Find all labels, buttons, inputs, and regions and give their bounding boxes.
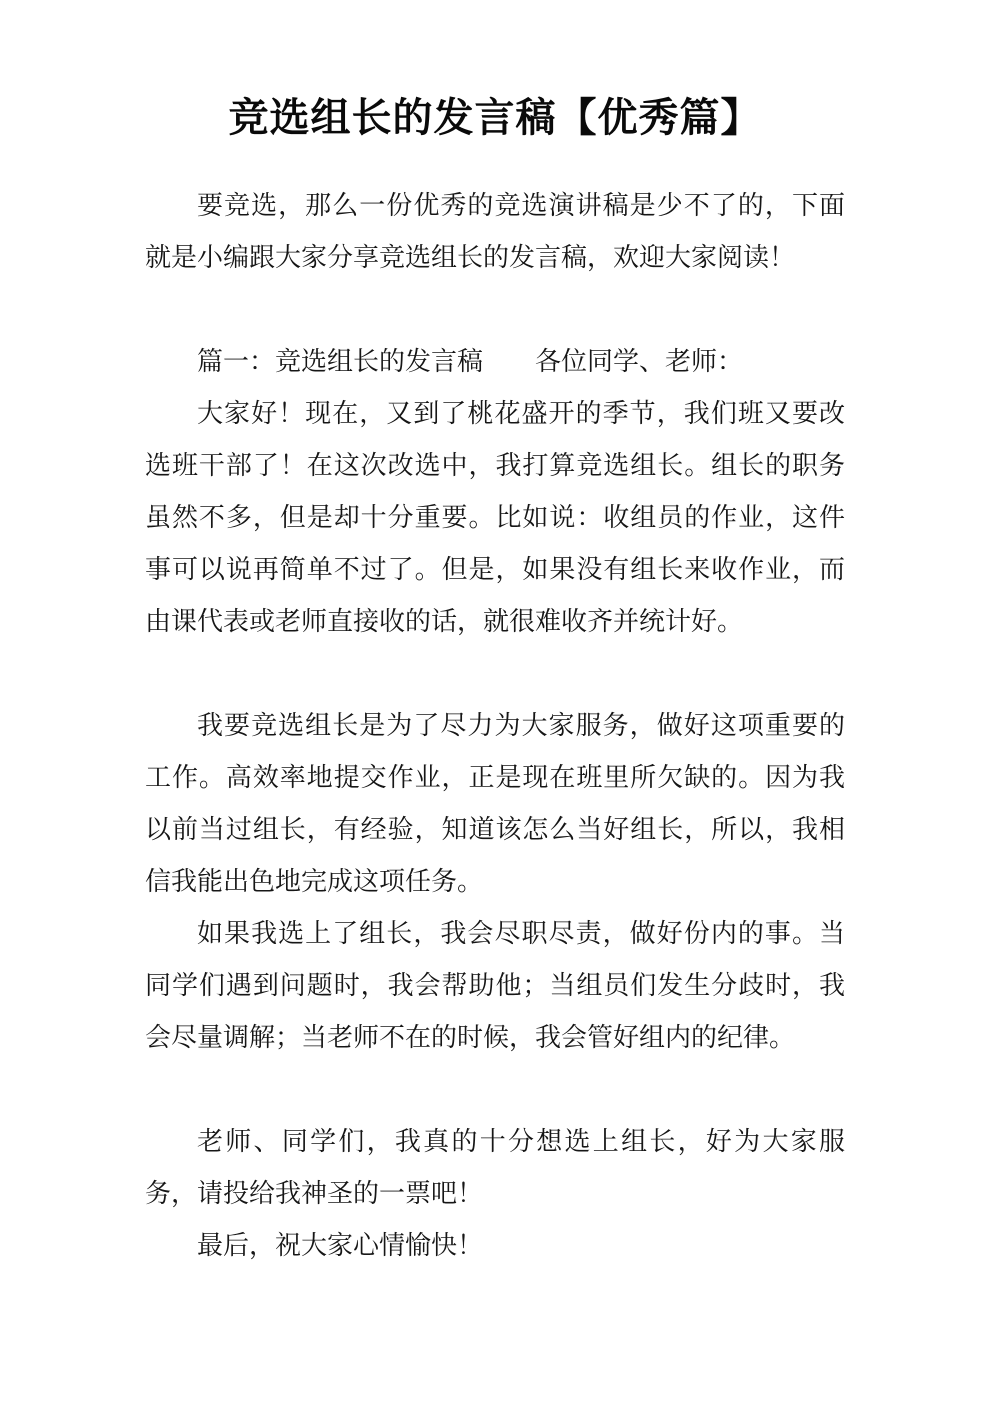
paragraph-closing: 最后，祝大家心情愉快！ (145, 1220, 845, 1272)
document-page: 竞选组长的发言稿【优秀篇】 要竞选，那么一份优秀的竞选演讲稿是少不了的，下面就是… (0, 0, 993, 1404)
paragraph-appeal: 老师、同学们，我真的十分想选上组长，好为大家服务，请投给我神圣的一票吧！ (145, 1116, 845, 1220)
paragraph-greeting: 大家好！现在，又到了桃花盛开的季节，我们班又要改选班干部了！在这次改选中，我打算… (145, 388, 845, 648)
paragraph-section-heading: 篇一：竞选组长的发言稿 各位同学、老师： (145, 336, 845, 388)
paragraph-intro: 要竞选，那么一份优秀的竞选演讲稿是少不了的，下面就是小编跟大家分享竞选组长的发言… (145, 180, 845, 284)
paragraph-promises: 如果我选上了组长，我会尽职尽责，做好份内的事。当同学们遇到问题时，我会帮助他；当… (145, 908, 845, 1064)
paragraph-reasons: 我要竞选组长是为了尽力为大家服务，做好这项重要的工作。高效率地提交作业，正是现在… (145, 700, 845, 908)
document-title: 竞选组长的发言稿【优秀篇】 (145, 88, 845, 148)
